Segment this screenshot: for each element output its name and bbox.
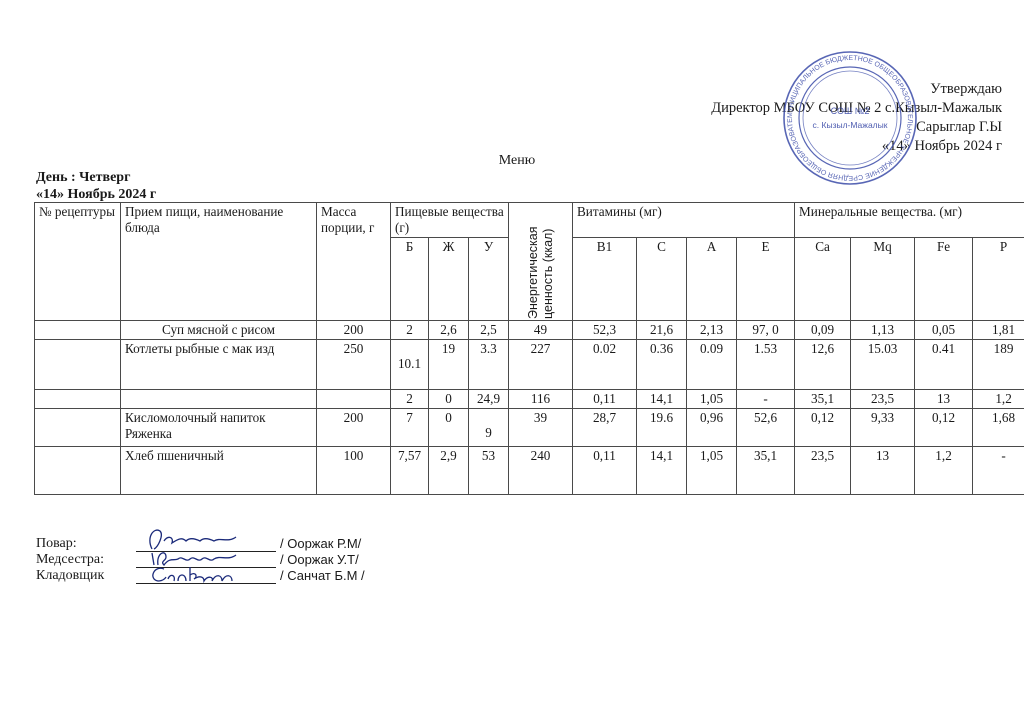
header-e: Е (737, 238, 795, 321)
cell-zh: 0 (429, 409, 469, 447)
header-fe: Fe (915, 238, 973, 321)
cell-a: 1,05 (687, 447, 737, 495)
cell-b: 7,57 (391, 447, 429, 495)
cell-mg: 13 (851, 447, 915, 495)
cell-c: 0.36 (637, 340, 687, 390)
cell-e: - (737, 390, 795, 409)
cell-u: 9 (469, 409, 509, 447)
cell-energy: 49 (509, 321, 573, 340)
table-row: 2024,91160,1114,11,05-35,123,5131,2 (35, 390, 1024, 409)
cell-mass (317, 390, 391, 409)
cell-mass: 250 (317, 340, 391, 390)
menu-table-body: Суп мясной с рисом20022,62,54952,321,62,… (35, 321, 1024, 495)
cell-mg: 1,13 (851, 321, 915, 340)
cell-recipe (35, 321, 121, 340)
cell-p: 1,81 (973, 321, 1024, 340)
table-row: Суп мясной с рисом20022,62,54952,321,62,… (35, 321, 1024, 340)
signatures-block: Повар: / Ооржак Р.М/ Медсестра: / Ооржак… (36, 536, 365, 584)
signature-name: / Ооржак Р.М/ (280, 536, 361, 552)
cell-mass: 200 (317, 409, 391, 447)
cell-mass: 200 (317, 321, 391, 340)
cell-b1: 0,11 (573, 447, 637, 495)
header-fat: Ж (429, 238, 469, 321)
header-dish: Прием пищи, наименование блюда (121, 203, 317, 321)
cell-energy: 227 (509, 340, 573, 390)
header-energy: Энергетическая ценность (ккал) (526, 204, 556, 319)
cell-b: 2 (391, 390, 429, 409)
cell-dish: Кисломолочный напиток Ряженка (121, 409, 317, 447)
cell-a: 0.09 (687, 340, 737, 390)
cell-fe: 0.41 (915, 340, 973, 390)
cell-dish: Суп мясной с рисом (121, 321, 317, 340)
cell-ca: 0,09 (795, 321, 851, 340)
cell-u: 53 (469, 447, 509, 495)
cell-ca: 35,1 (795, 390, 851, 409)
cell-u: 2,5 (469, 321, 509, 340)
official-stamp: МУНИЦИПАЛЬНОЕ БЮДЖЕТНОЕ ОБЩЕОБРАЗОВАТЕЛЬ… (780, 48, 920, 188)
cell-p: 1,68 (973, 409, 1024, 447)
cell-e: 97, 0 (737, 321, 795, 340)
cell-fe: 13 (915, 390, 973, 409)
header-p: Р (973, 238, 1024, 321)
cell-energy: 39 (509, 409, 573, 447)
date-label: «14» Ноябрь 2024 г (36, 187, 156, 203)
cell-energy: 116 (509, 390, 573, 409)
cell-ca: 0,12 (795, 409, 851, 447)
menu-table: № рецептуры Прием пищи, наименование блю… (34, 202, 1024, 495)
cell-p: 189 (973, 340, 1024, 390)
cell-b: 7 (391, 409, 429, 447)
stamp-center-line2: с. Кызыл-Мажалык (813, 120, 888, 130)
cell-c: 14,1 (637, 447, 687, 495)
signature-storekeeper: Кладовщик / Санчат Б.М / (36, 568, 365, 584)
signature-name: / Ооржак У.Т/ (280, 552, 359, 568)
cell-recipe (35, 409, 121, 447)
header-mg: Mq (851, 238, 915, 321)
cell-c: 14,1 (637, 390, 687, 409)
cell-mass: 100 (317, 447, 391, 495)
cell-a: 1,05 (687, 390, 737, 409)
cell-fe: 0,12 (915, 409, 973, 447)
cell-a: 2,13 (687, 321, 737, 340)
cell-b1: 52,3 (573, 321, 637, 340)
cell-recipe (35, 340, 121, 390)
header-row-1: № рецептуры Прием пищи, наименование блю… (35, 203, 1024, 238)
cell-mg: 15.03 (851, 340, 915, 390)
header-c: С (637, 238, 687, 321)
cell-dish: Котлеты рыбные с мак изд (121, 340, 317, 390)
cell-c: 21,6 (637, 321, 687, 340)
stamp-center-line1: СОШ №2 (831, 106, 870, 116)
cell-mg: 9,33 (851, 409, 915, 447)
table-row: Котлеты рыбные с мак изд25010.1193.32270… (35, 340, 1024, 390)
cell-zh: 0 (429, 390, 469, 409)
cell-ca: 12,6 (795, 340, 851, 390)
cell-fe: 1,2 (915, 447, 973, 495)
header-energy-cell: Энергетическая ценность (ккал) (509, 203, 573, 321)
signature-role: Повар: (36, 536, 136, 552)
handwritten-signature-icon (144, 563, 244, 585)
cell-c: 19.6 (637, 409, 687, 447)
cell-dish: Хлеб пшеничный (121, 447, 317, 495)
signature-role: Медсестра: (36, 552, 136, 568)
day-label: День : Четверг (36, 170, 130, 186)
header-vitamins: Витамины (мг) (573, 203, 795, 238)
cell-zh: 2,9 (429, 447, 469, 495)
cell-ca: 23,5 (795, 447, 851, 495)
cell-zh: 2,6 (429, 321, 469, 340)
header-carbs: У (469, 238, 509, 321)
cell-recipe (35, 390, 121, 409)
cell-b1: 28,7 (573, 409, 637, 447)
cell-b: 10.1 (391, 340, 429, 390)
cell-p: - (973, 447, 1024, 495)
header-b1: В1 (573, 238, 637, 321)
cell-b1: 0,11 (573, 390, 637, 409)
cell-a: 0,96 (687, 409, 737, 447)
signature-line (136, 569, 276, 584)
header-ca: Са (795, 238, 851, 321)
cell-e: 52,6 (737, 409, 795, 447)
signature-name: / Санчат Б.М / (280, 568, 365, 584)
cell-b: 2 (391, 321, 429, 340)
table-row: Кисломолочный напиток Ряженка2007093928,… (35, 409, 1024, 447)
cell-zh: 19 (429, 340, 469, 390)
header-a: А (687, 238, 737, 321)
signature-role: Кладовщик (36, 568, 136, 584)
cell-u: 24,9 (469, 390, 509, 409)
cell-recipe (35, 447, 121, 495)
cell-fe: 0,05 (915, 321, 973, 340)
cell-u: 3.3 (469, 340, 509, 390)
header-recipe-no: № рецептуры (35, 203, 121, 321)
cell-dish (121, 390, 317, 409)
cell-mg: 23,5 (851, 390, 915, 409)
cell-e: 1.53 (737, 340, 795, 390)
header-minerals: Минеральные вещества. (мг) (795, 203, 1024, 238)
header-protein: Б (391, 238, 429, 321)
header-mass: Масса порции, г (317, 203, 391, 321)
table-row: Хлеб пшеничный1007,572,9532400,1114,11,0… (35, 447, 1024, 495)
header-nutrients: Пищевые вещества (г) (391, 203, 509, 238)
cell-b1: 0.02 (573, 340, 637, 390)
cell-e: 35,1 (737, 447, 795, 495)
cell-energy: 240 (509, 447, 573, 495)
cell-p: 1,2 (973, 390, 1024, 409)
